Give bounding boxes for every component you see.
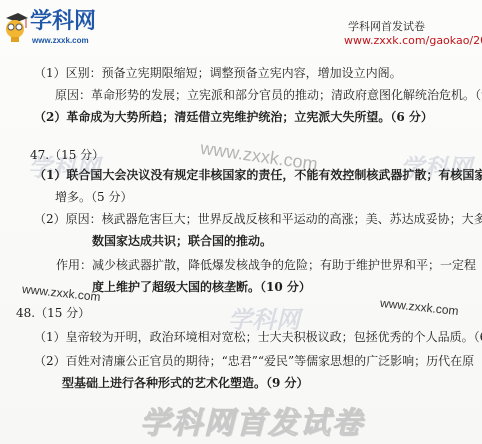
zxxk-logo: 学科网 www.zxxk.com (2, 6, 112, 46)
q48-heading: 48.（15 分） (16, 306, 90, 320)
logo-brand-text: 学科网 (30, 10, 96, 34)
mascot-icon (2, 12, 28, 42)
q47-part2-line1: （2）原因：核武器危害巨大；世界反战反核和平运动的高涨；美、苏达成妥协；大多 (34, 212, 482, 226)
q48-part2-line2: 型基础上进行各种形式的艺术化塑造。（9 分） (62, 376, 309, 390)
q46-part1-line2: 原因：革命形势的发展；立宪派和部分官员的推动；清政府意图化解统治危机。（9 分） (55, 88, 482, 102)
exam-answer-page: 学科网 www.zxxk.com 学科网首发试卷 www.zxxk.com/ga… (0, 0, 482, 444)
q46-part1-line1: （1）区别：预备立宪期限缩短；调整预备立宪内容，增加设立内阁。 (34, 66, 402, 80)
watermark-url: www.zxxk.com (21, 282, 101, 304)
watermark-url: www.zxxk.com (379, 296, 459, 318)
q47-part2-line4: 度上维护了超级大国的核垄断。（10 分） (92, 280, 311, 294)
footer-watermark: 学科网首发试卷 (140, 398, 364, 442)
q48-part2-line1: （2）百姓对清廉公正官员的期待；“忠君”“爱民”等儒家思想的广泛影响；历代在原 (34, 354, 474, 368)
q48-part1-line1: （1）皇帝较为开明，政治环境相对宽松；士大夫积极议政；包拯优秀的个人品质。（6 … (34, 330, 482, 344)
header-url[interactable]: www.zxxk.com/gaokao/2014/ (344, 34, 482, 47)
header-title: 学科网首发试卷 (348, 20, 482, 34)
q46-part2-line1: （2）革命成为大势所趋；清廷借立宪维护统治；立宪派大失所望。（6 分） (34, 110, 433, 124)
q47-part1-line1: （1）联合国大会决议没有规定非核国家的责任，不能有效控制核武器扩散；有核国家 (34, 168, 482, 182)
q47-part2-line2: 数国家达成共识；联合国的推动。 (92, 234, 272, 248)
q47-part1-line2: 增多。（5 分） (55, 190, 132, 204)
logo-url-text: www.zxxk.com (32, 36, 89, 45)
q47-heading: 47.（15 分） (30, 148, 104, 162)
header-info: 学科网首发试卷 www.zxxk.com/gaokao/2014/ (348, 20, 482, 47)
q47-part2-line3: 作用：减少核武器扩散，降低爆发核战争的危险；有助于维护世界和平；一定程 (56, 258, 476, 272)
